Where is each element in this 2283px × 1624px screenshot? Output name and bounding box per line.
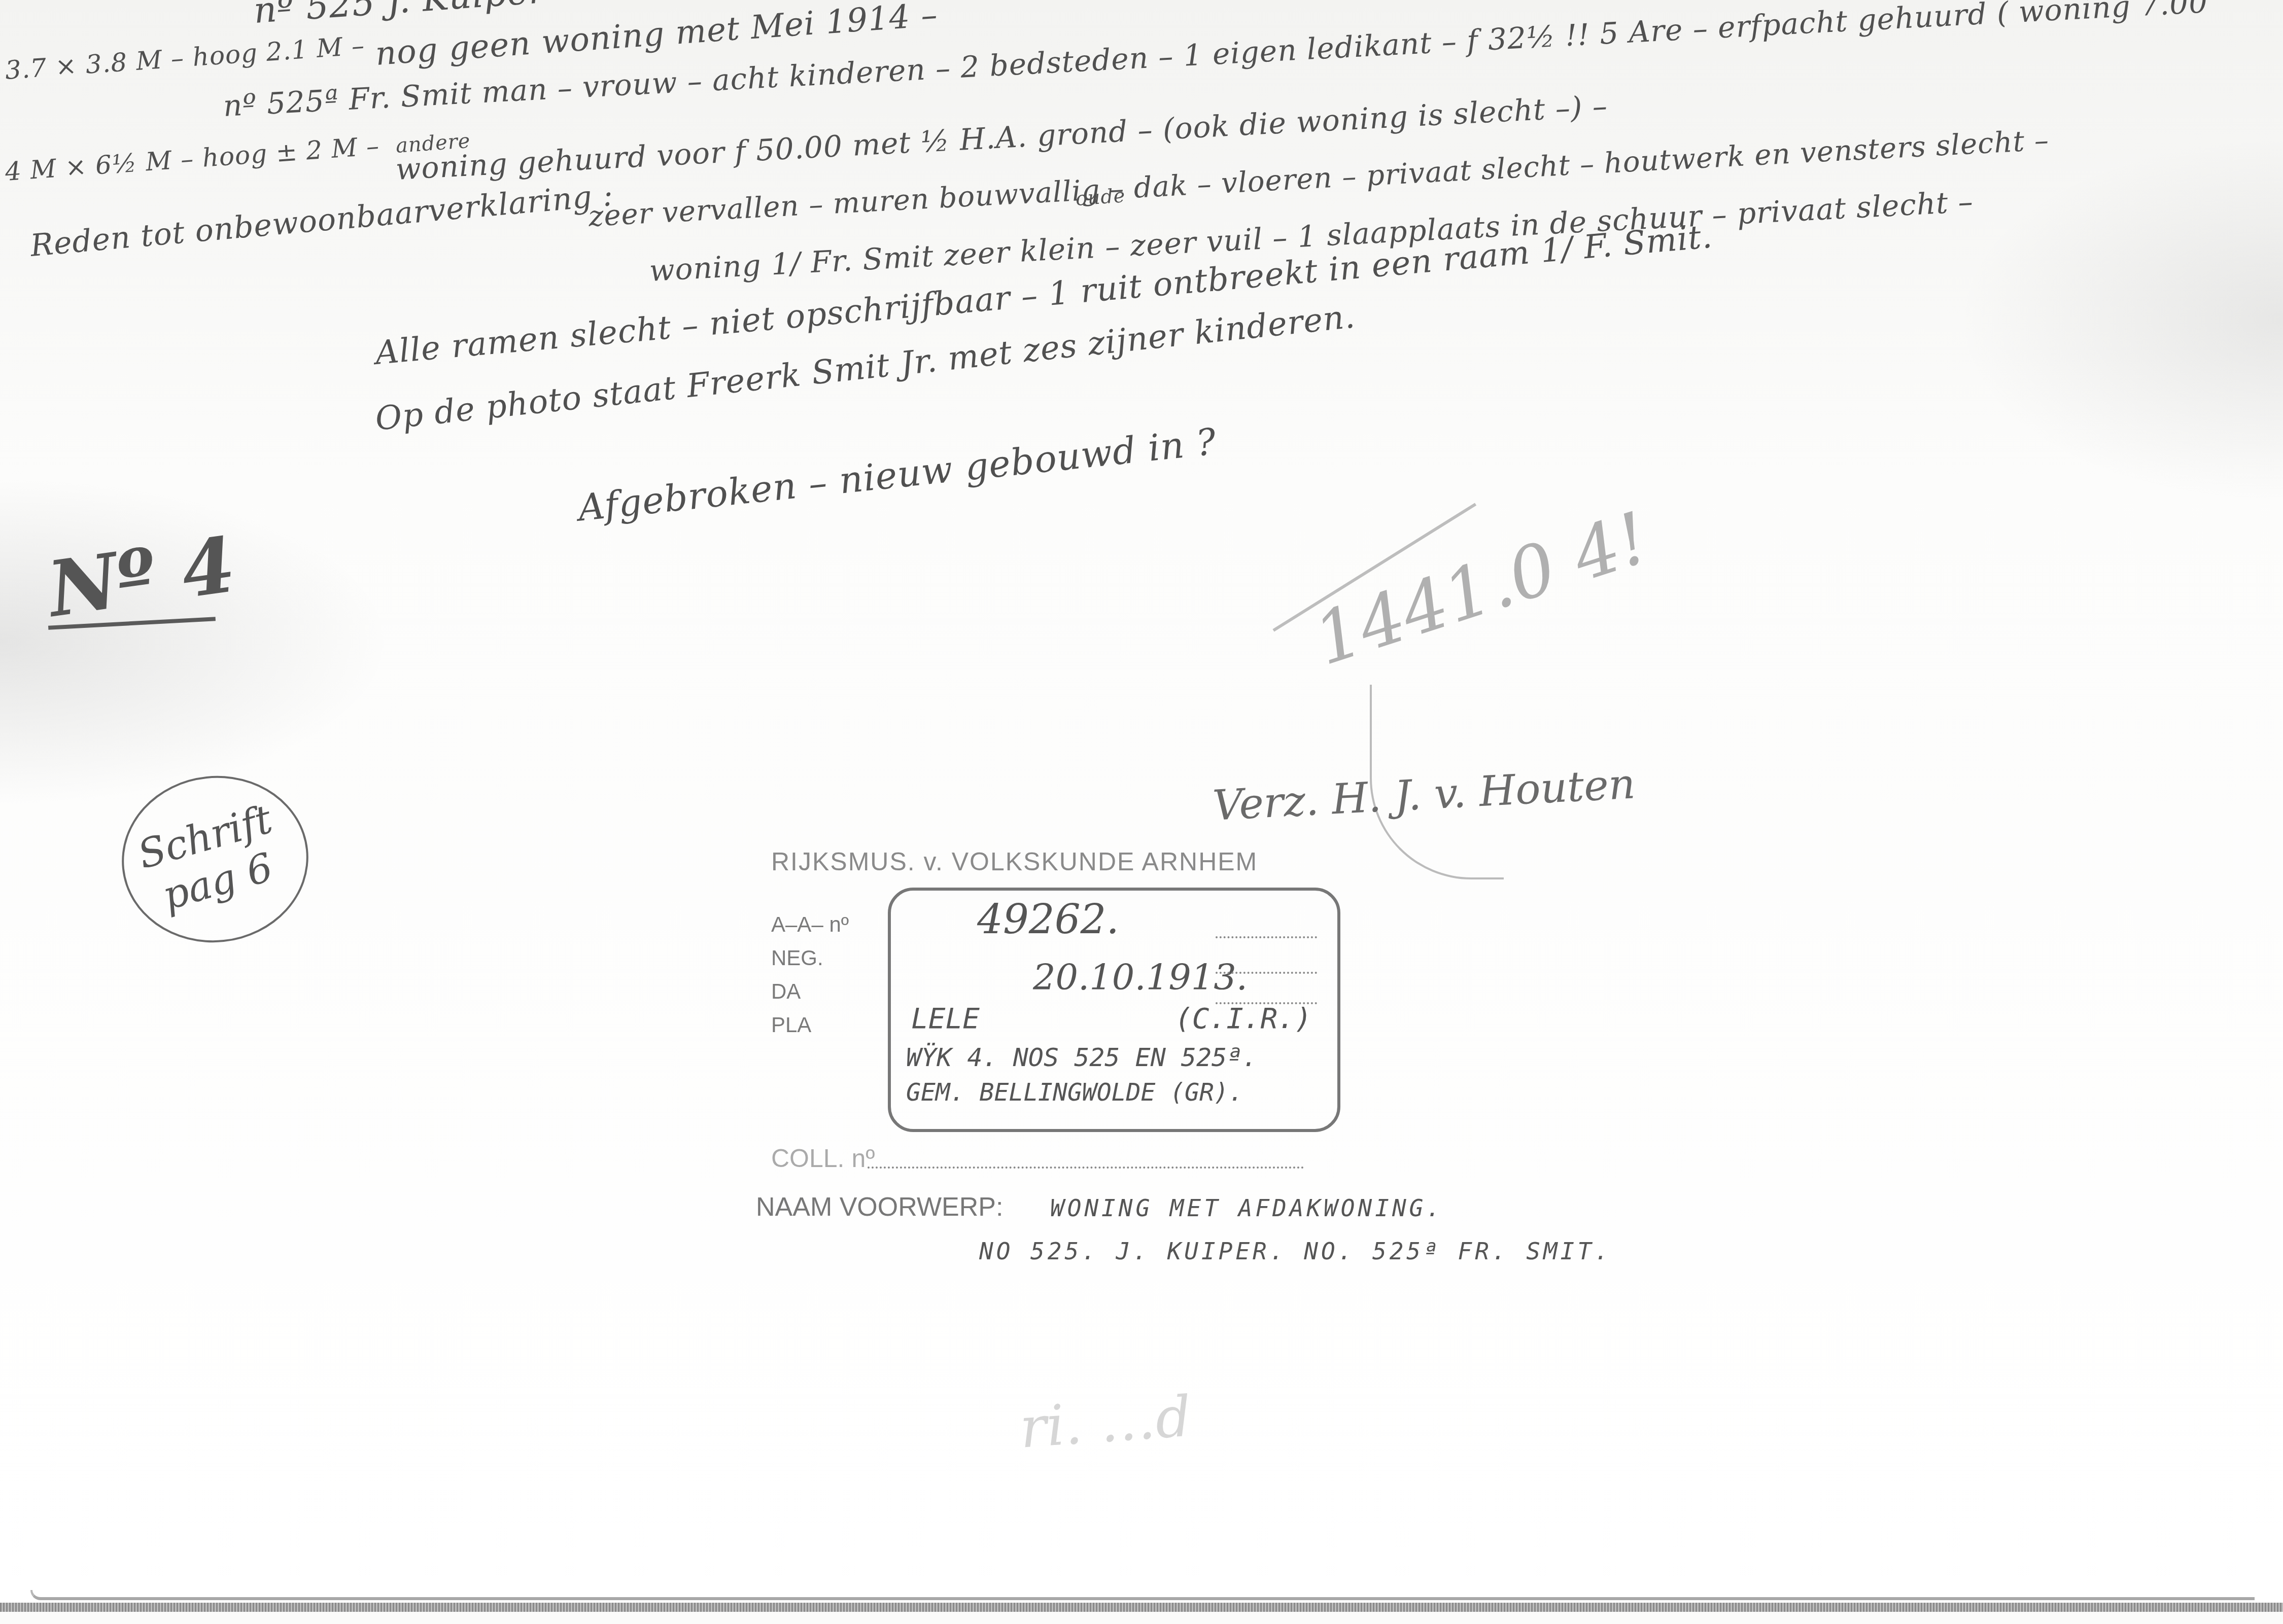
stamp-header: RIJKSMUS. v. VOLKSKUNDE ARNHEM — [771, 847, 1258, 876]
scan-bottom-edge — [0, 1603, 2283, 1612]
stamp-labels: A–A– nº NEG. DA PLA — [771, 908, 849, 1042]
dotted-rule — [1216, 972, 1317, 974]
stamp-label-aa: A–A– nº — [771, 908, 849, 941]
stamp-place-code: (C.I.R.) — [1175, 1002, 1312, 1035]
stamp-object-name-line-1: WONING MET AFDAKWONING. — [1050, 1194, 1443, 1222]
stamp-place: LELE — [911, 1002, 980, 1035]
stamp-label-neg: NEG. — [771, 941, 849, 975]
stamp-date: 20.10.1913. — [1033, 957, 1248, 998]
paper-bottom-border — [30, 1590, 2255, 1600]
stamp-collection-label: COLL. nº — [771, 1144, 875, 1173]
dotted-rule — [1216, 936, 1317, 938]
stamp-box: 49262. 20.10.1913. LELE (C.I.R.) WŸK 4. … — [888, 888, 1340, 1132]
stamp-object-name-label: NAAM VOORWERP: — [756, 1192, 1003, 1222]
stamp-label-place: PLA — [771, 1008, 849, 1042]
stamp-municipality: GEM. BELLINGWOLDE (GR). — [906, 1078, 1243, 1107]
stamp-inventory-number: 49262. — [977, 896, 1119, 943]
stamp-address: WŸK 4. NOS 525 EN 525ª. — [906, 1043, 1257, 1072]
collection-dotted-rule — [868, 1167, 1304, 1169]
faded-pencil-note: ri. …d — [1018, 1384, 1193, 1460]
stamp-label-date: DA — [771, 975, 849, 1008]
stamp-object-name-line-2: NO 525. J. KUIPER. NO. 525ª FR. SMIT. — [979, 1238, 1612, 1265]
